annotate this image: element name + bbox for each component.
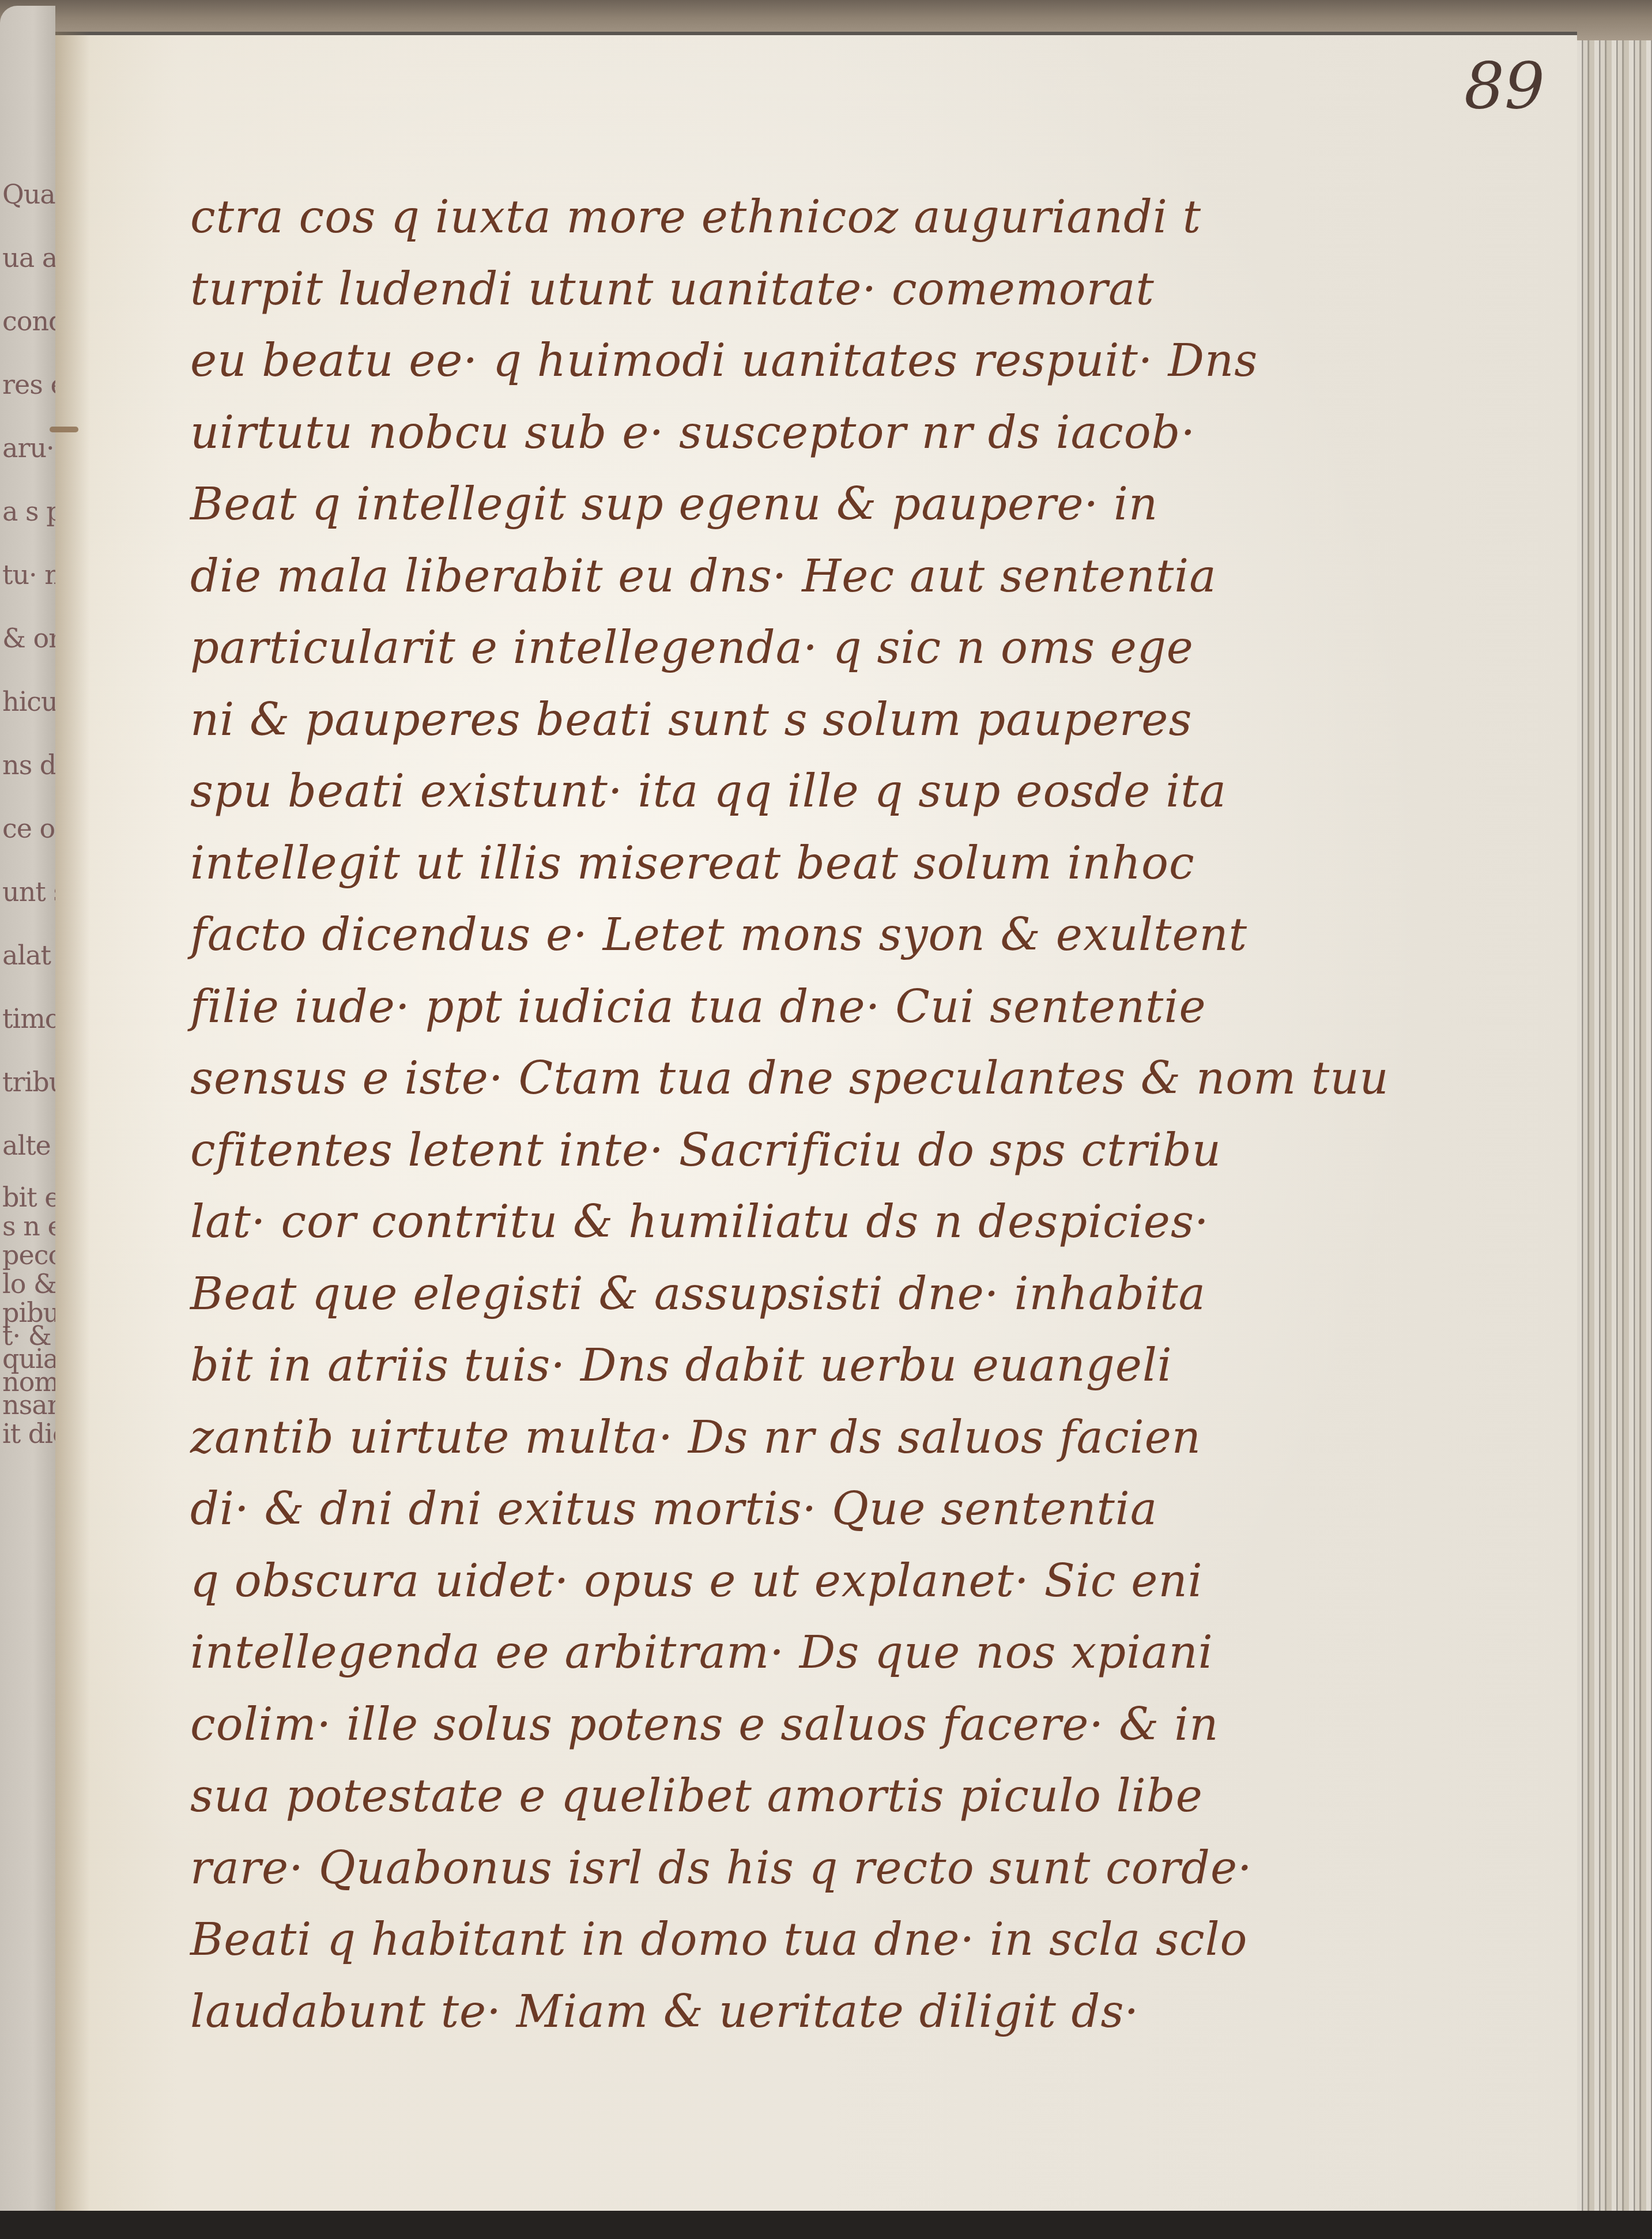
facing-line: unt sup [2, 876, 55, 907]
text-line: particularit e intellegenda· q sic n oms… [190, 612, 1320, 684]
folio-number: 89 [1464, 49, 1545, 123]
text-line: spu beati existunt· ita qq ille q sup eo… [190, 756, 1320, 828]
facing-line: hicu· m [2, 686, 55, 717]
facing-page-edge: Qua n ua absc condito res eos aru· Be a … [0, 6, 55, 2231]
facing-line: it dica [2, 1418, 55, 1449]
facing-line: ua absc [2, 242, 55, 273]
text-line: sua potestate e quelibet amortis piculo … [190, 1761, 1320, 1833]
facing-line: peccan [2, 1239, 55, 1271]
facing-line: tribula [2, 1066, 55, 1098]
text-line: die mala liberabit eu dns· Hec aut sente… [190, 541, 1320, 613]
facing-line: nsanu [2, 1389, 55, 1420]
facing-line: ce ocul [2, 813, 55, 844]
facing-line: Qua n [2, 179, 55, 210]
text-line: lat· cor contritu & humiliatu ds n despi… [190, 1186, 1320, 1258]
text-line: ni & pauperes beati sunt s solum paupere… [190, 684, 1320, 756]
text-line: Beat q intellegit sup egenu & paupere· i… [190, 469, 1320, 541]
text-line: rare· Quabonus isrl ds his q recto sunt … [190, 1833, 1320, 1905]
text-line: turpit ludendi utunt uanitate· comemorat [190, 254, 1320, 326]
facing-line: tu· nec [2, 559, 55, 590]
facing-line: alte m [2, 1130, 55, 1161]
text-line: sensus e iste· Ctam tua dne speculantes … [190, 1043, 1320, 1115]
text-line: intellegit ut illis misereat beat solum … [190, 828, 1320, 900]
text-line: Beati q habitant in domo tua dne· in scl… [190, 1904, 1320, 1976]
facing-line: a s pec [2, 496, 55, 527]
text-line: laudabunt te· Miam & ueritate diligit ds… [190, 1976, 1320, 2048]
text-line: colim· ille solus potens e saluos facere… [190, 1689, 1320, 1761]
facing-line: ns ds a [2, 749, 55, 781]
facing-line: bit eos [2, 1182, 55, 1213]
text-line: cfitentes letent inte· Sacrificiu do sps… [190, 1115, 1320, 1187]
text-line: q obscura uidet· opus e ut explanet· Sic… [190, 1546, 1320, 1618]
text-line: Beat que elegisti & assupsisti dne· inha… [190, 1258, 1320, 1330]
facing-line: & omn [2, 623, 55, 654]
facing-line: aru· Be [2, 432, 55, 463]
facing-line: condito [2, 306, 55, 337]
text-line: facto dicendus e· Letet mons syon & exul… [190, 899, 1320, 971]
facing-line: lo & in [2, 1268, 55, 1299]
text-line: di· & dni dni exitus mortis· Que sentent… [190, 1473, 1320, 1546]
text-line: eu beatu ee· q huimodi uanitates respuit… [190, 325, 1320, 397]
facing-line: res eos [2, 369, 55, 400]
margin-pen-mark [50, 427, 78, 432]
page-edge-stack [1577, 40, 1652, 2219]
text-line: bit in atriis tuis· Dns dabit uerbu euan… [190, 1330, 1320, 1402]
text-line: intellegenda ee arbitram· Ds que nos xpi… [190, 1617, 1320, 1689]
text-line: zantib uirtute multa· Ds nr ds saluos fa… [190, 1402, 1320, 1474]
gutter-shadow [55, 32, 90, 2222]
facing-line: s n ece [2, 1211, 55, 1242]
text-line: uirtutu nobcu sub e· susceptor nr ds iac… [190, 397, 1320, 469]
bottom-background [0, 2211, 1652, 2239]
facing-line: timor [2, 1003, 55, 1034]
main-text-block: ctra cos q iuxta more ethnicoz auguriand… [190, 182, 1320, 2048]
text-line: ctra cos q iuxta more ethnicoz auguriand… [190, 182, 1320, 254]
text-line: filie iude· ppt iudicia tua dne· Cui sen… [190, 971, 1320, 1043]
facing-line: alat eo [2, 940, 55, 971]
